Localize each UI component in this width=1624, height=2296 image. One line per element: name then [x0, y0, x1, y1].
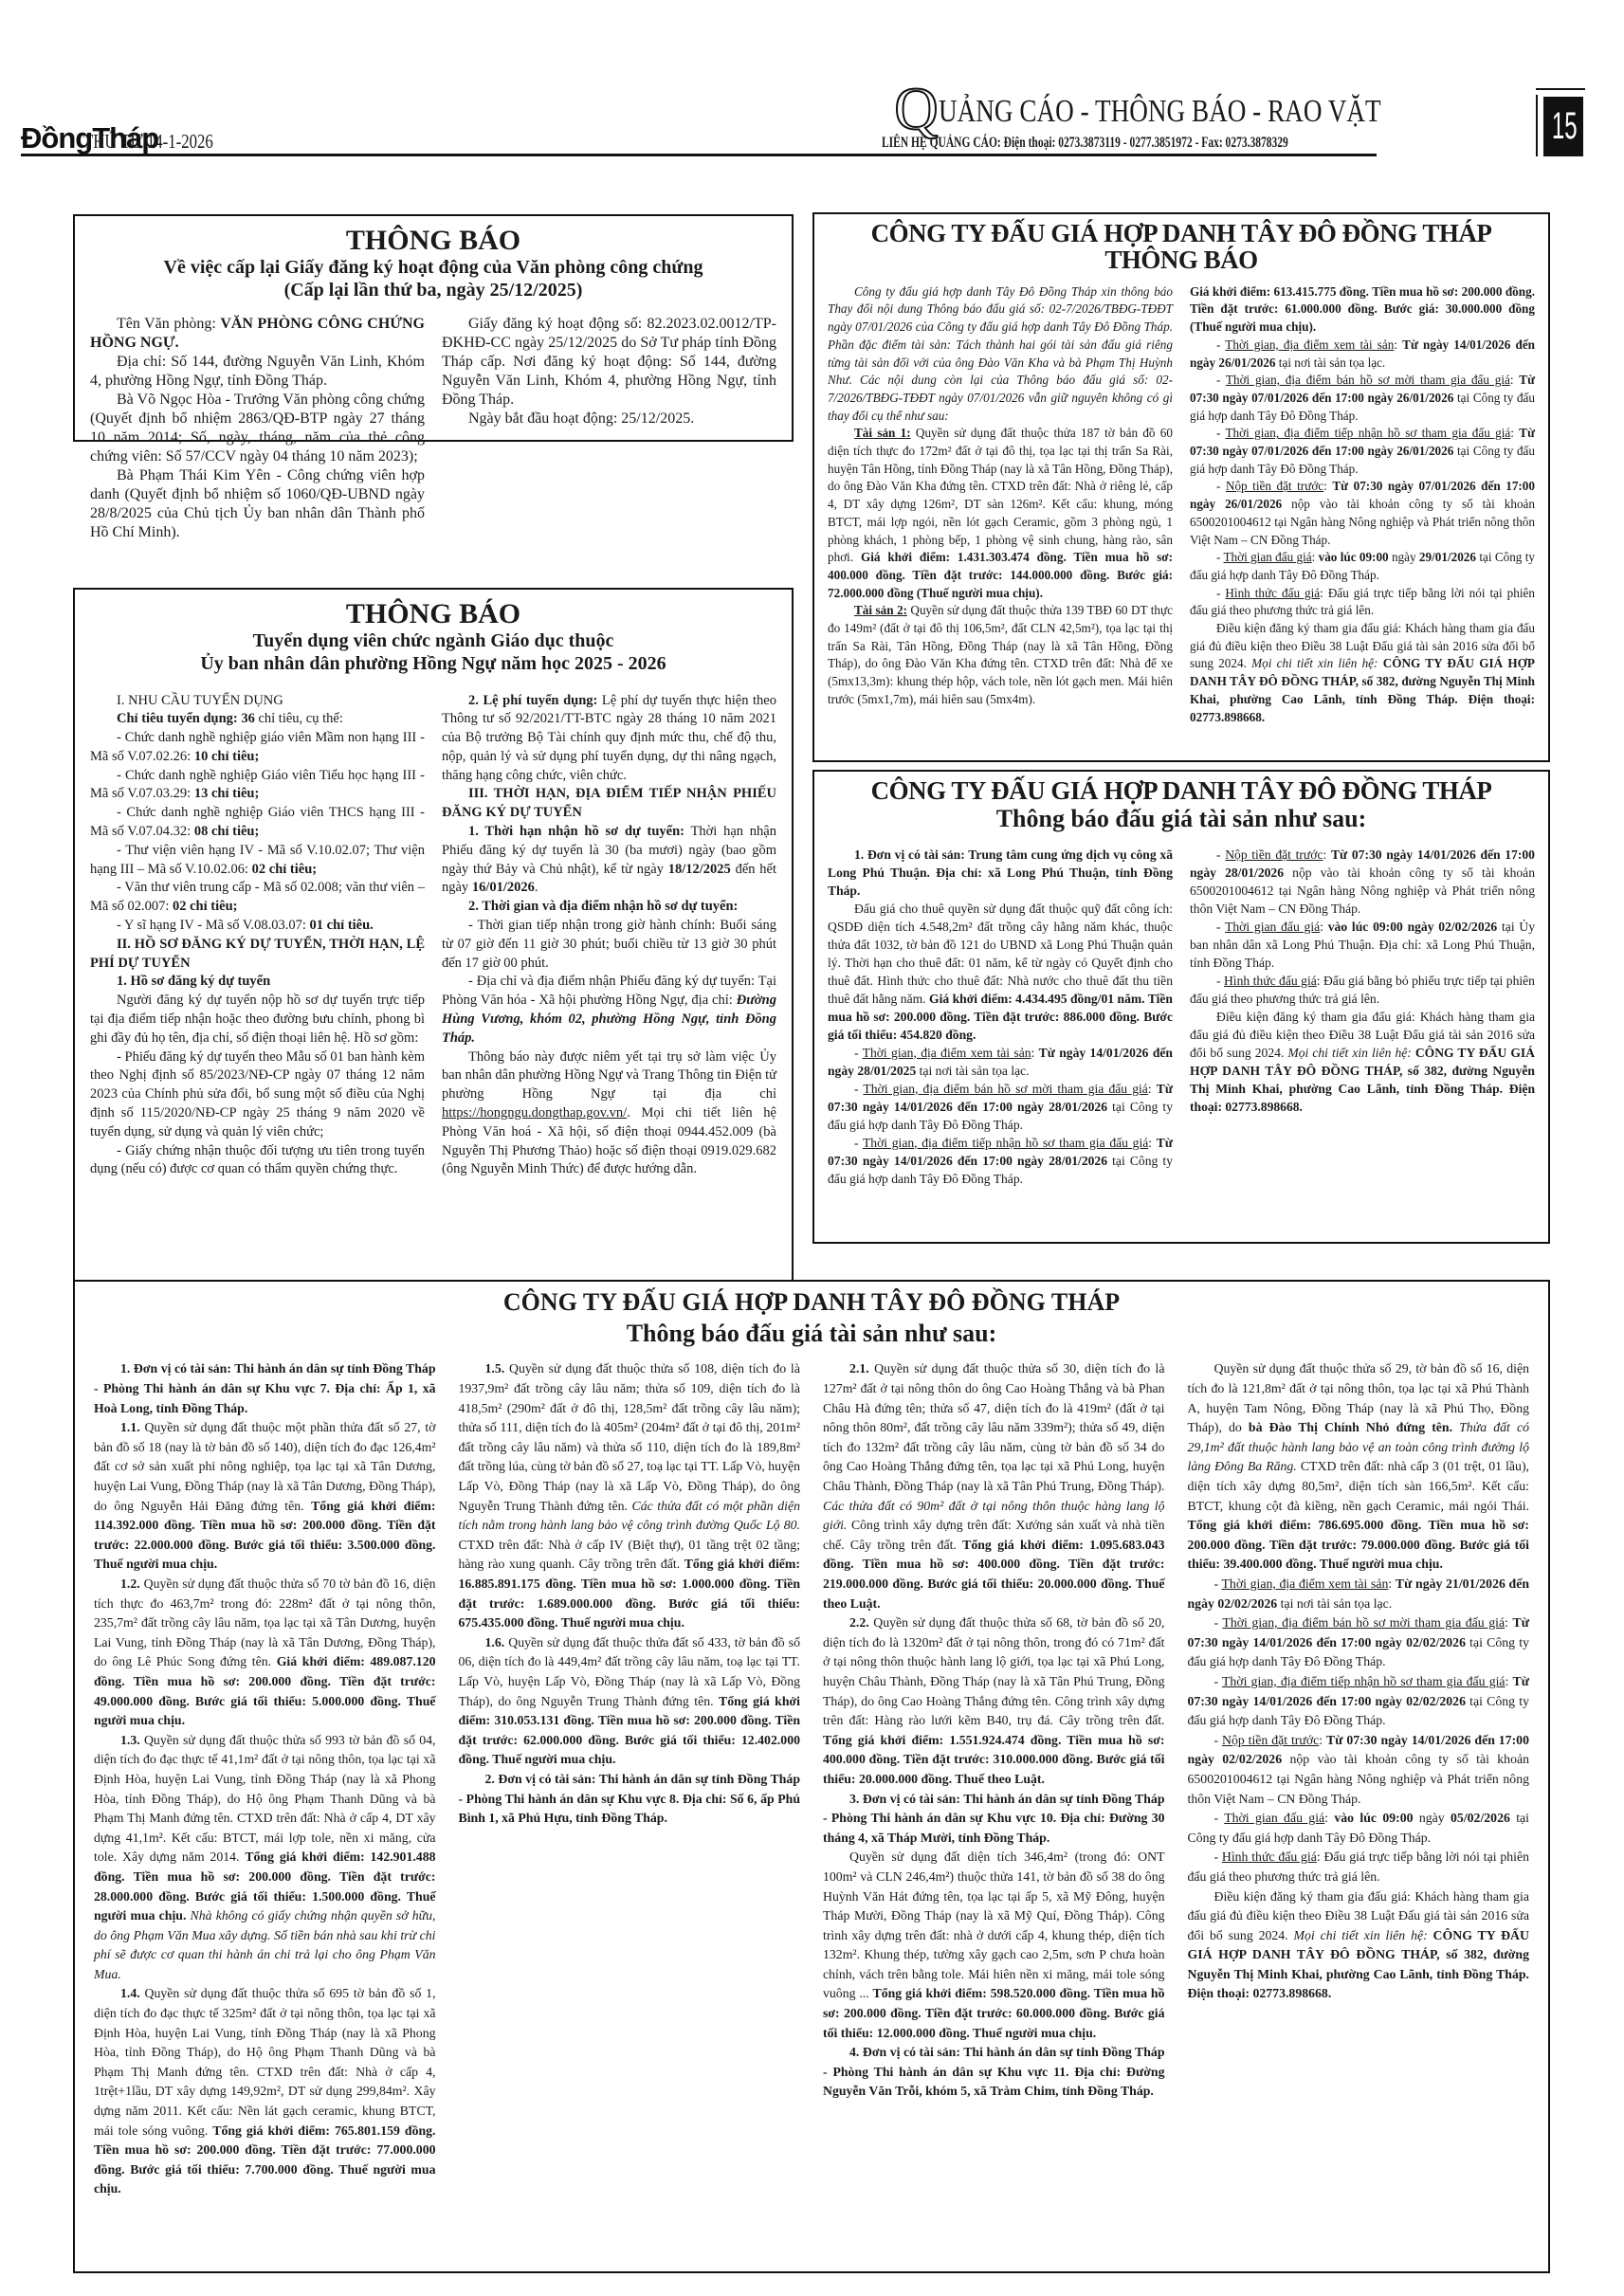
website-link[interactable]: https://hongngu.dongthap.gov.vn/: [442, 1105, 627, 1121]
section-heading: III. THỜI HẠN, ĐỊA ĐIỂM TIẾP NHẬN PHIẾU …: [442, 785, 776, 823]
start-date: Ngày bắt đầu hoạt động: 25/12/2025.: [442, 410, 776, 428]
notice-recruitment: THÔNG BÁO Tuyển dụng viên chức ngành Giá…: [73, 588, 794, 1289]
asset-item: 1.5. Quyền sử dụng đất thuộc thửa số 108…: [459, 1359, 801, 1632]
asset-item: 2.1. Quyền sử dụng đất thuộc thửa số 30,…: [823, 1359, 1165, 1613]
notice-subtitle: Ủy ban nhân dân phường Hồng Ngự năm học …: [90, 652, 776, 675]
section-heading: II. HỒ SƠ ĐĂNG KÝ DỰ TUYỂN, THỜI HẠN, LỆ…: [90, 936, 425, 974]
license-info: Giấy đăng ký hoạt động số: 82.2023.02.00…: [442, 315, 776, 410]
asset-item: 1.6. Quyền sử dụng đất thuộc thửa đất số…: [459, 1633, 801, 1770]
section-heading: I. NHU CẦU TUYỂN DỤNG: [90, 692, 425, 711]
position-item: - Thư viện viên hạng IV - Mã số V.10.02.…: [90, 842, 425, 880]
office-head: Bà Võ Ngọc Hòa - Trưởng Văn phòng công c…: [90, 391, 425, 466]
header-rule: [21, 154, 1377, 156]
position-item: - Văn thư viên trung cấp - Mã số 02.008;…: [90, 879, 425, 917]
notice-auction-lease: CÔNG TY ĐẤU GIÁ HỢP DANH TÂY ĐÔ ĐỒNG THÁ…: [812, 770, 1550, 1244]
subsection-heading: 1. Hồ sơ đăng ký dự tuyển: [90, 973, 425, 992]
notice-notary: THÔNG BÁO Về việc cấp lại Giấy đăng ký h…: [73, 214, 794, 442]
asset-item: 2.2. Quyền sử dụng đất thuộc thửa số 68,…: [823, 1613, 1165, 1789]
notice-subtitle: (Cấp lại lần thứ ba, ngày 25/12/2025): [90, 279, 776, 301]
asset-item: 1.3. Quyền sử dụng đất thuộc thửa số 993…: [94, 1731, 436, 1985]
company-title: CÔNG TY ĐẤU GIÁ HỢP DANH TÂY ĐÔ ĐỒNG THÁ…: [828, 777, 1535, 804]
section-initial: Q: [894, 75, 938, 142]
page-number-frame: [1536, 88, 1585, 90]
notice-auction-change: CÔNG TY ĐẤU GIÁ HỢP DANH TÂY ĐÔ ĐỒNG THÁ…: [812, 212, 1550, 762]
position-item: - Chức danh nghề nghiệp giáo viên Mầm no…: [90, 729, 425, 767]
notice-subtitle: Về việc cấp lại Giấy đăng ký hoạt động c…: [90, 256, 776, 279]
asset-item: Tài sản 1: Quyền sử dụng đất thuộc thửa …: [828, 425, 1173, 602]
position-item: - Chức danh nghề nghiệp Giáo viên THCS h…: [90, 804, 425, 842]
notice-subtitle: Tuyển dụng viên chức ngành Giáo dục thuộ…: [90, 629, 776, 652]
notice-title: THÔNG BÁO: [90, 226, 776, 256]
contact-line: LIÊN HỆ QUẢNG CÁO: Điện thoại: 0273.3873…: [882, 135, 1288, 152]
asset-item: 1.2. Quyền sử dụng đất thuộc thửa số 70 …: [94, 1575, 436, 1731]
notice-title: THÔNG BÁO: [828, 246, 1535, 273]
section-title: QUẢNG CÁO - THÔNG BÁO - RAO VẶT: [894, 74, 1387, 144]
asset-item: Tài sản 2: Quyền sử dụng đất thuộc thửa …: [828, 602, 1173, 708]
page-number-divider: [1536, 95, 1538, 156]
asset-item: 1.1. Quyền sử dụng đất thuộc một phần th…: [94, 1418, 436, 1575]
notice-subtitle: Thông báo đấu giá tài sản như sau:: [828, 804, 1535, 833]
position-item: - Y sĩ hạng IV - Mã số V.08.03.07: 01 ch…: [90, 917, 425, 936]
notice-title: THÔNG BÁO: [90, 599, 776, 629]
asset-item: 1.4. Quyền sử dụng đất thuộc thửa số 695…: [94, 1984, 436, 2199]
asset-item: Quyền sử dụng đất thuộc thửa số 29, tờ b…: [1188, 1359, 1530, 1575]
company-title: CÔNG TY ĐẤU GIÁ HỢP DANH TÂY ĐÔ ĐỒNG THÁ…: [94, 1289, 1529, 1315]
office-address: Địa chỉ: Số 144, đường Nguyễn Văn Linh, …: [90, 353, 425, 391]
company-title: CÔNG TY ĐẤU GIÁ HỢP DANH TÂY ĐÔ ĐỒNG THÁ…: [828, 220, 1535, 246]
position-item: - Chức danh nghề nghiệp Giáo viên Tiểu h…: [90, 767, 425, 805]
issue-date: THỨ TƯ 14-1-2026: [83, 130, 213, 154]
notice-subtitle: Thông báo đấu giá tài sản như sau:: [94, 1319, 1529, 1348]
notice-auction-enforcement: CÔNG TY ĐẤU GIÁ HỢP DANH TÂY ĐÔ ĐỒNG THÁ…: [73, 1280, 1550, 2273]
page-number: 15: [1543, 97, 1583, 156]
office-member: Bà Phạm Thái Kim Yên - Công chứng viên h…: [90, 466, 425, 542]
